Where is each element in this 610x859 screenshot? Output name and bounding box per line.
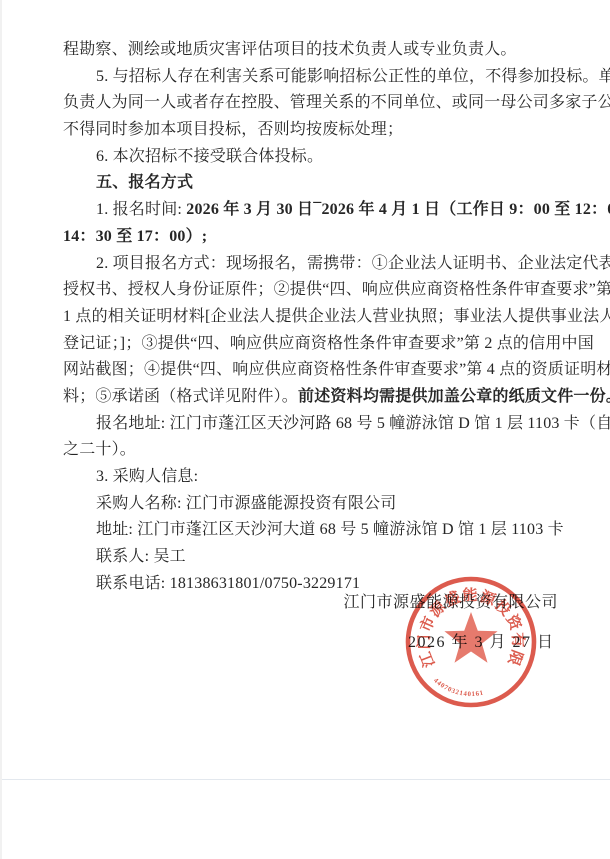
text-segment: 采购人名称: 江门市源盛能源投资有限公司	[96, 495, 396, 512]
text-segment: 不得同时参加本项目投标，否则均按废标处理；	[63, 121, 403, 138]
text-segment: 2. 项目报名方式：现场报名，需携带：①企业法人证明书、企业法定代表人	[96, 255, 610, 272]
text-line: 1. 报名时间: 2026 年 3 月 30 日¯2026 年 4 月 1 日（…	[63, 197, 568, 224]
text-segment: 料；⑤承诺函（格式详见附件）。	[63, 388, 298, 405]
text-line: 6. 本次招标不接受联合体投标。	[63, 144, 568, 171]
scanned-document-page: 程勘察、测绘或地质灾害评估项目的技术负责人或专业负责人。5. 与招标人存在利害关…	[0, 0, 610, 859]
text-line: 3. 采购人信息:	[63, 464, 568, 491]
text-line: 授权书、授权人身份证原件；②提供“四、响应供应商资格性条件审查要求”第	[63, 277, 568, 304]
text-line: 五、报名方式	[63, 170, 568, 197]
text-segment: 5. 与招标人存在利害关系可能影响招标公正性的单位，不得参加投标。单位	[96, 68, 610, 85]
text-segment: 地址: 江门市蓬江区天沙河大道 68 号 5 幢游泳馆 D 馆 1 层 1103…	[96, 521, 564, 538]
text-segment: 1 点的相关证明材料[企业法人提供企业法人营业执照；事业法人提供事业法人	[63, 308, 610, 325]
text-line: 联系人: 吴工	[63, 544, 568, 571]
text-segment: 报名地址: 江门市蓬江区天沙河路 68 号 5 幢游泳馆 D 馆 1 层 110…	[96, 415, 610, 432]
text-segment: 1. 报名时间:	[96, 201, 186, 218]
text-segment: 之二十）。	[63, 441, 136, 458]
text-line: 5. 与招标人存在利害关系可能影响招标公正性的单位，不得参加投标。单位	[63, 64, 568, 91]
text-segment: 授权书、授权人身份证原件；②提供“四、响应供应商资格性条件审查要求”第	[63, 281, 610, 298]
text-segment: 6. 本次招标不接受联合体投标。	[96, 148, 323, 165]
text-line: 地址: 江门市蓬江区天沙河大道 68 号 5 幢游泳馆 D 馆 1 层 1103…	[63, 517, 568, 544]
text-segment-bold: 五、报名方式	[96, 174, 193, 191]
text-line: 报名地址: 江门市蓬江区天沙河路 68 号 5 幢游泳馆 D 馆 1 层 110…	[63, 411, 568, 438]
text-line: 1 点的相关证明材料[企业法人提供企业法人营业执照；事业法人提供事业法人	[63, 304, 568, 331]
seal-star-icon	[444, 612, 497, 663]
text-segment: 登记证；]；③提供“四、响应供应商资格性条件审查要求”第 2 点的信用中国	[63, 335, 594, 352]
text-line: 料；⑤承诺函（格式详见附件）。前述资料均需提供加盖公章的纸质文件一份。	[63, 384, 568, 411]
text-segment-bold: 前述资料均需提供加盖公章的纸质文件一份。	[298, 388, 610, 405]
text-segment: 联系电话: 18138631801/0750-3229171	[96, 575, 360, 592]
text-line: 2. 项目报名方式：现场报名，需携带：①企业法人证明书、企业法定代表人	[63, 251, 568, 278]
text-segment: 3. 采购人信息:	[96, 468, 198, 485]
document-body: 程勘察、测绘或地质灾害评估项目的技术负责人或专业负责人。5. 与招标人存在利害关…	[63, 37, 568, 597]
text-segment: 负责人为同一人或者存在控股、管理关系的不同单位、或同一母公司多家子公司，	[63, 94, 610, 111]
text-line: 登记证；]；③提供“四、响应供应商资格性条件审查要求”第 2 点的信用中国	[63, 331, 568, 358]
text-segment: 网站截图；④提供“四、响应供应商资格性条件审查要求”第 4 点的资质证明材	[63, 361, 610, 378]
scan-edge-shadow	[0, 0, 2, 859]
text-line: 网站截图；④提供“四、响应供应商资格性条件审查要求”第 4 点的资质证明材	[63, 357, 568, 384]
text-segment: 联系人: 吴工	[96, 548, 186, 565]
text-line: 程勘察、测绘或地质灾害评估项目的技术负责人或专业负责人。	[63, 37, 568, 64]
text-segment-bold: 2026 年 3 月 30 日¯2026 年 4 月 1 日（工作日 9：00 …	[186, 201, 610, 218]
text-segment-bold: 14：30 至 17：00）;	[63, 228, 207, 245]
text-line: 14：30 至 17：00）;	[63, 224, 568, 251]
text-segment: 程勘察、测绘或地质灾害评估项目的技术负责人或专业负责人。	[63, 41, 517, 58]
text-line: 采购人名称: 江门市源盛能源投资有限公司	[63, 491, 568, 518]
text-line: 不得同时参加本项目投标，否则均按废标处理；	[63, 117, 568, 144]
scan-artifact-line	[0, 779, 610, 780]
text-line: 之二十）。	[63, 437, 568, 464]
official-seal: 江门市源盛能源投资有限公司 4407032140161	[397, 568, 547, 718]
text-line: 负责人为同一人或者存在控股、管理关系的不同单位、或同一母公司多家子公司，	[63, 90, 568, 117]
